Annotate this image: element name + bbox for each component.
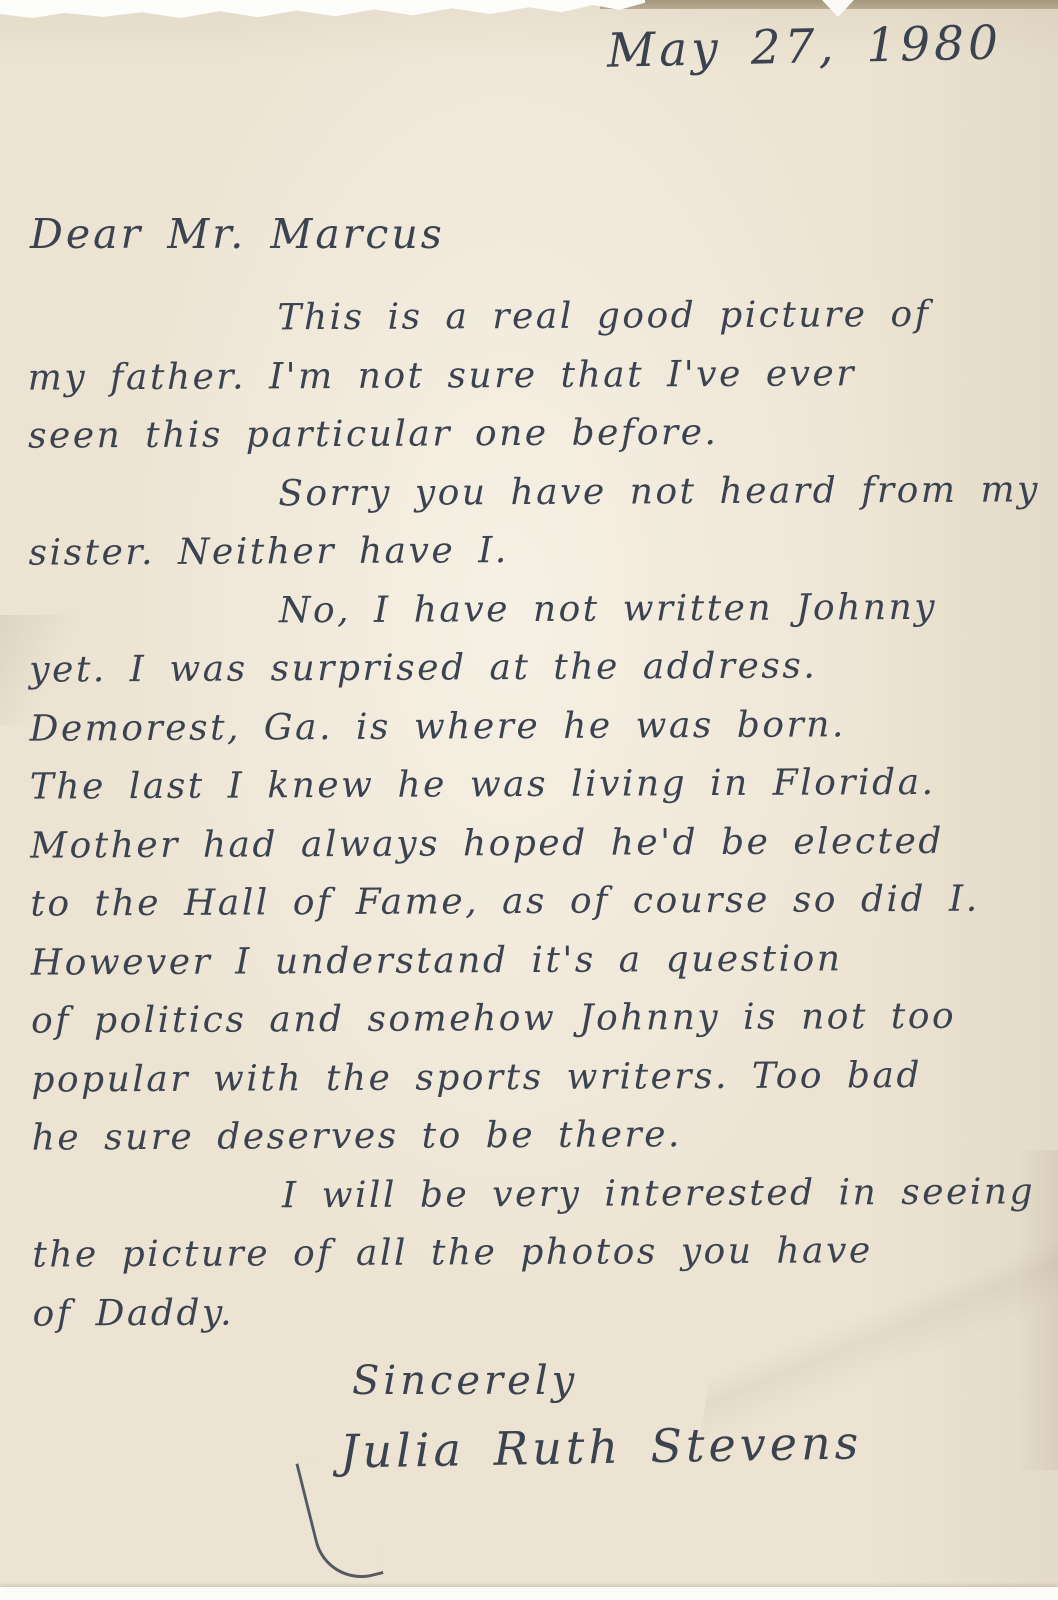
letter-line: This is a real good picture of (27, 285, 1027, 349)
letter-line: seen this particular one before. (28, 402, 1028, 466)
letter-line: Mother had always hoped he'd be elected (30, 812, 1030, 876)
scanner-bottom-strip (0, 1587, 1058, 1600)
torn-paper-edge (0, 0, 645, 18)
letter-signature: Julia Ruth Stevens (340, 1415, 863, 1478)
letter-line: of politics and somehow Johnny is not to… (31, 987, 1031, 1051)
letter-line: my father. I'm not sure that I've ever (28, 344, 1028, 408)
letter-line: popular with the sports writers. Too bad (31, 1046, 1031, 1110)
letter-line: he sure deserves to be there. (32, 1104, 1032, 1168)
letter-closing: Sincerely (352, 1358, 578, 1404)
letter-salutation: Dear Mr. Marcus (30, 210, 445, 258)
letter-line: However I understand it's a question (31, 929, 1031, 993)
torn-notch (822, 0, 854, 17)
letter-line: the picture of all the photos you have (32, 1221, 1032, 1285)
letter-line: The last I knew he was living in Florida… (30, 753, 1030, 817)
letter-line: Sorry you have not heard from my (28, 461, 1028, 525)
letter-line: I will be very interested in seeing (32, 1163, 1032, 1227)
letter-line: of Daddy. (32, 1280, 1032, 1344)
letter-page: May 27, 1980 Dear Mr. Marcus This is a r… (0, 0, 1058, 1600)
letter-date: May 27, 1980 (0, 16, 1002, 92)
letter-body: This is a real good picture ofmy father.… (27, 285, 1032, 1343)
letter-line: Demorest, Ga. is where he was born. (29, 695, 1029, 759)
letter-line: No, I have not written Johnny (29, 578, 1029, 642)
letter-line: sister. Neither have I. (28, 519, 1028, 583)
letter-line: yet. I was surprised at the address. (29, 636, 1029, 700)
letter-line: to the Hall of Fame, as of course so did… (30, 870, 1030, 934)
